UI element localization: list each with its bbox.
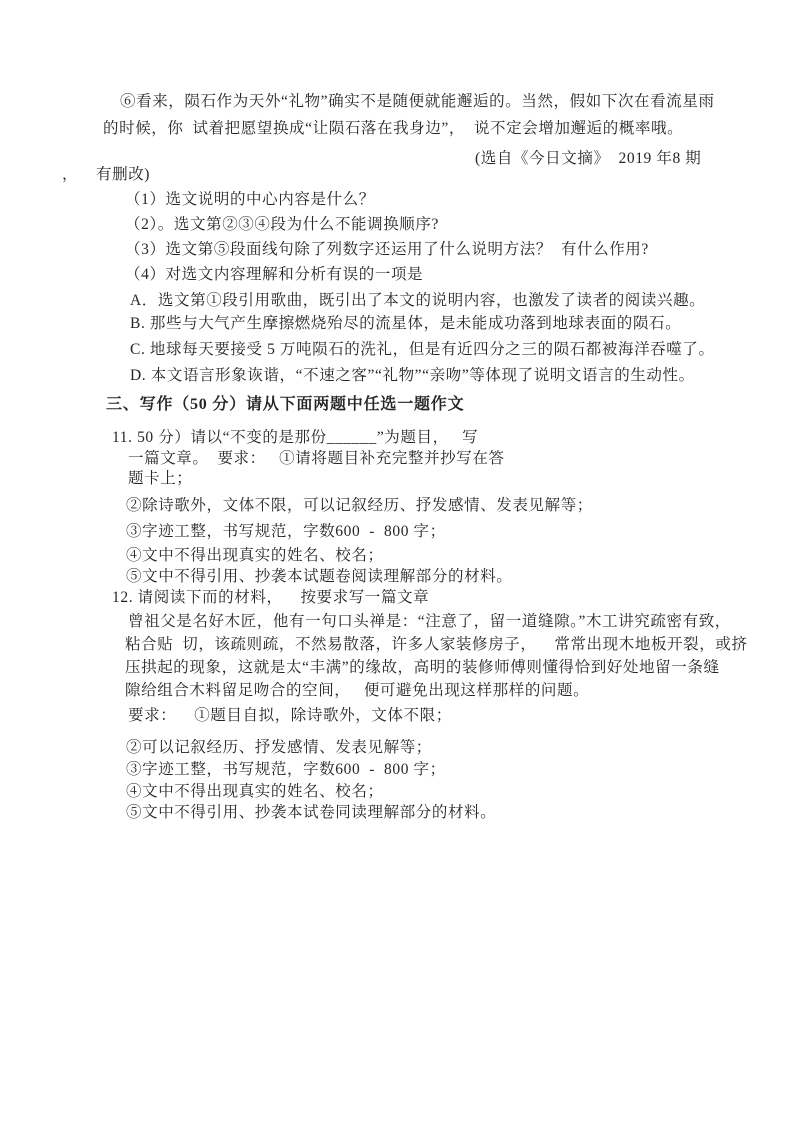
- passage-paragraph6-line1: ⑥看来，陨石作为天外“礼物”确实不是随便就能邂逅的。当然，假如下次在看流星雨: [120, 92, 715, 112]
- q12-requirement-1: 要求： ①题目自拟，除诗歌外，文体不限；: [128, 706, 452, 726]
- source-attribution-line2: ， 有删改): [62, 165, 150, 185]
- q12-requirement-4: ④文中不得出现真实的姓名、校名；: [126, 782, 384, 802]
- q12-material-line2: 粘合贴 切，该疏则疏，不然易散落，许多人家装修房子， 常常出现木地板开裂，或挤: [125, 635, 748, 655]
- q11-requirement-2: ②除诗歌外，文体不限，可以记叙经历、抒发感情、发表见解等；: [126, 496, 593, 516]
- question-4: （4）对选文内容理解和分析有误的一项是: [125, 265, 423, 285]
- option-d: D. 本文语言形象诙谐，“不速之客”“礼物”“亲吻”等体现了说明文语言的生动性。: [130, 366, 695, 386]
- q12-material-line1: 曾祖父是名好木匠，他有一句口头禅是：“注意了，留一道缝隙。”木工讲究疏密有致，: [128, 612, 731, 632]
- q12-material-line3: 压拱起的现象，这就是太“丰满”的缘故，高明的装修师傅则懂得恰到好处地留一条缝: [125, 658, 720, 678]
- option-a: A．选文第①段引用歌曲，既引出了本文的说明内容，也激发了读者的阅读兴趣。: [130, 291, 705, 311]
- q11-line1: 11. 50 分）请以“不变的是那份______”为题目， 写: [112, 428, 478, 448]
- option-b: B. 那些与大气产生摩擦燃烧殆尽的流星体，是未能成功落到地球表面的陨石。: [130, 314, 681, 334]
- question-2: （2）。选文第②③④段为什么不能调换顺序?: [125, 215, 439, 235]
- question-3: （3）选文第⑤段面线句除了列数字还运用了什么说明方法？ 有什么作用?: [125, 240, 649, 260]
- writing-section-heading: 三、写作（50 分）请从下面两题中任选一题作文: [106, 395, 464, 415]
- source-attribution-line1: (选自《今日文摘》 2019 年8 期: [475, 149, 701, 169]
- q11-requirement-3: ③字迹工整，书写规范，字数600 - 800 字；: [126, 522, 446, 542]
- q12-intro: 12. 请阅读下而的材料， 按要求写一篇文章: [112, 588, 429, 608]
- q11-line3: 题卡上；: [128, 469, 192, 489]
- q12-requirement-5: ⑤文中不得引用、抄袭本试卷同读理解部分的材料。: [126, 803, 496, 823]
- passage-paragraph6-line2: 的时候，你 试着把愿望换成“让陨石落在我身边”， 说不定会增加邂逅的概率哦。: [103, 119, 683, 139]
- question-1: （1）选文说明的中心内容是什么？: [125, 190, 375, 210]
- q11-requirement-5: ⑤文中不得引用、抄袭本试题卷阅读理解部分的材料。: [126, 567, 512, 587]
- q12-requirement-2: ②可以记叙经历、抒发感情、发表见解等；: [126, 738, 432, 758]
- q12-material-line4: 隙给组合木料留足吻合的空间， 便可避免出现这样那样的问题。: [125, 681, 589, 701]
- exam-document-page: ⑥看来，陨石作为天外“礼物”确实不是随便就能邂逅的。当然，假如下次在看流星雨 的…: [0, 0, 793, 1122]
- q11-line2: 一篇文章。 要求： ①请将题目补充完整并抄写在答: [128, 449, 505, 469]
- q12-requirement-3: ③字迹工整，书写规范，字数600 - 800 字；: [126, 760, 446, 780]
- q11-requirement-4: ④文中不得出现真实的姓名、校名；: [126, 546, 384, 566]
- option-c: C. 地球每天要接受 5 万吨陨石的洗礼，但是有近四分之三的陨石都被海洋吞噬了。: [130, 340, 715, 360]
